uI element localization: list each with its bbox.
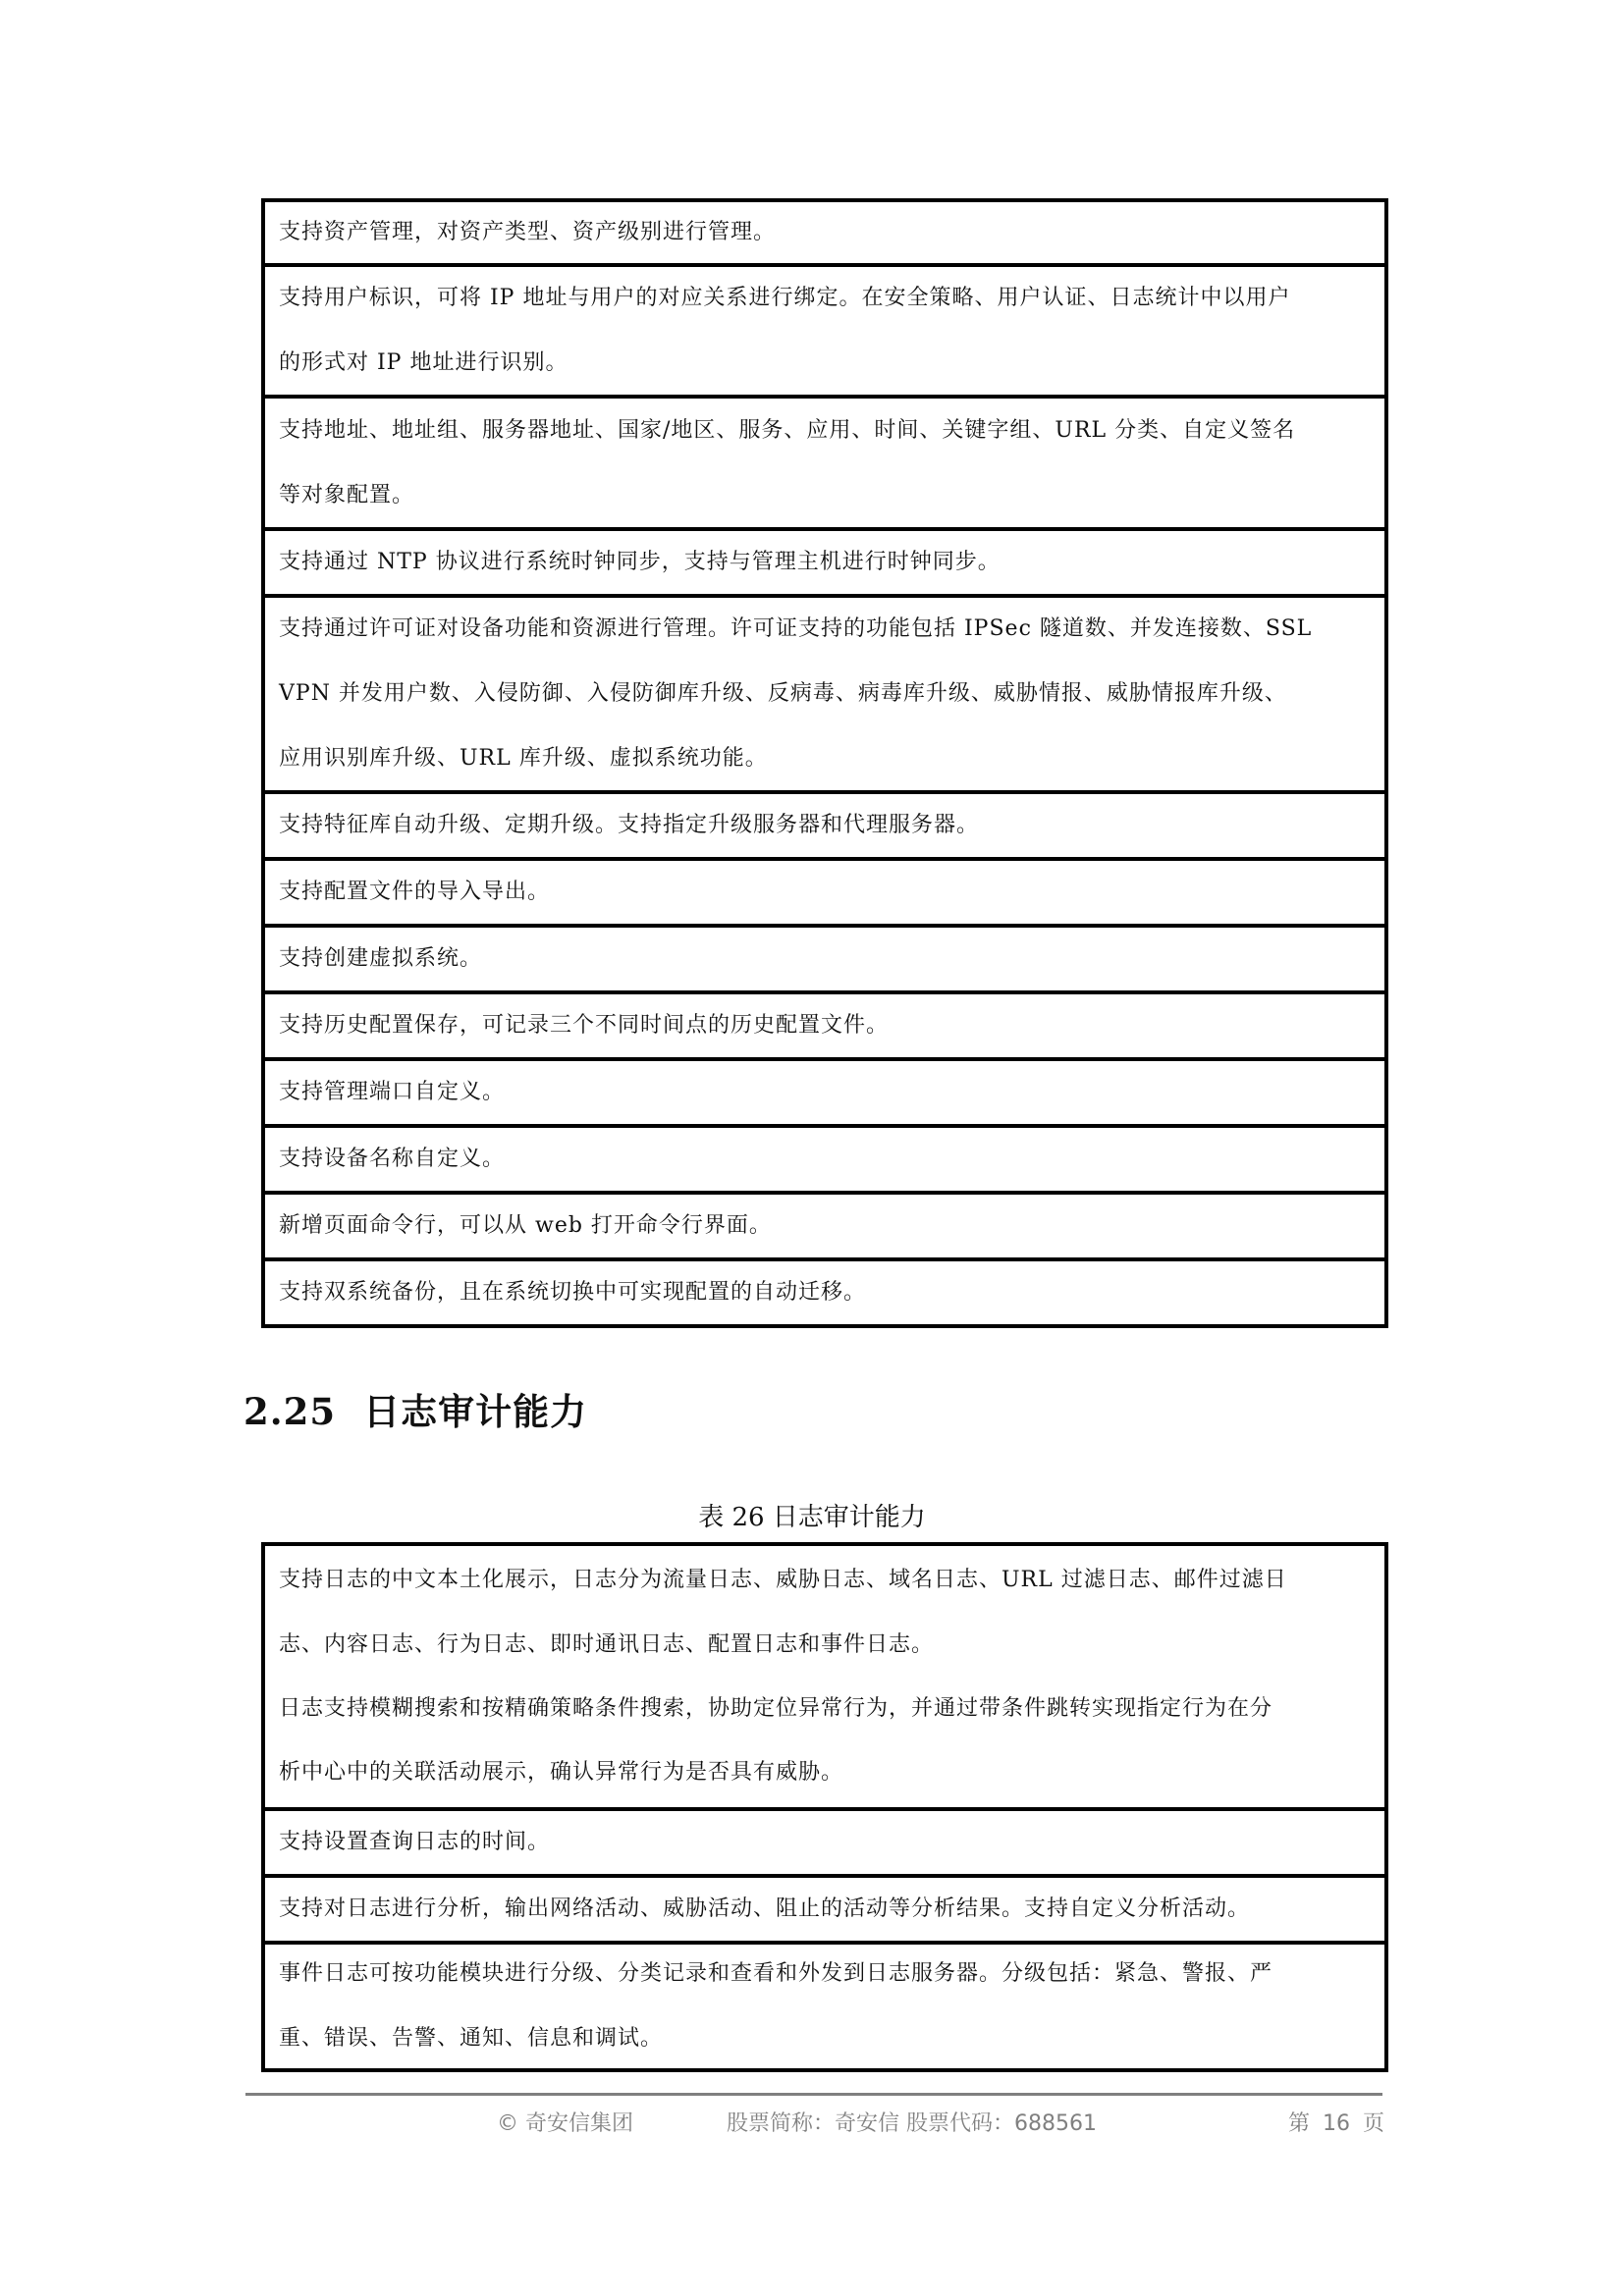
table-cell-text: 析中心中的关联活动展示，确认异常行为是否具有威胁。: [279, 1740, 1367, 1805]
table-row: 支持设备名称自定义。: [265, 1128, 1384, 1195]
table-row: 支持通过 NTP 协议进行系统时钟同步，支持与管理主机进行时钟同步。: [265, 531, 1384, 598]
table-cell-text: 支持特征库自动升级、定期升级。支持指定升级服务器和代理服务器。: [279, 793, 1367, 858]
table-cell-text: 支持通过 NTP 协议进行系统时钟同步，支持与管理主机进行时钟同步。: [279, 530, 1367, 595]
footer-copyright: © 奇安信集团: [497, 2107, 633, 2137]
table-cell-text: 支持设置查询日志的时间。: [279, 1810, 1367, 1875]
footer-stock-info: 股票简称：奇安信 股票代码：688561: [727, 2107, 1097, 2137]
table-row: 支持地址、地址组、服务器地址、国家/地区、服务、应用、时间、关键字组、URL 分…: [265, 399, 1384, 531]
table-row: 支持对日志进行分析，输出网络活动、威胁活动、阻止的活动等分析结果。支持自定义分析…: [265, 1878, 1384, 1945]
table-cell-text: 支持历史配置保存，可记录三个不同时间点的历史配置文件。: [279, 993, 1367, 1058]
table-row: 支持资产管理，对资产类型、资产级别进行管理。: [265, 202, 1384, 267]
section-heading: 2.25日志审计能力: [244, 1382, 587, 1435]
table-cell-text: 支持管理端口自定义。: [279, 1060, 1367, 1125]
table-cell-text: 支持日志的中文本土化展示，日志分为流量日志、威胁日志、域名日志、URL 过滤日志…: [279, 1548, 1367, 1613]
section-number: 2.25: [244, 1390, 336, 1433]
table-row: 支持双系统备份，且在系统切换中可实现配置的自动迁移。: [265, 1261, 1384, 1328]
table-cell-text: 支持用户标识，可将 IP 地址与用户的对应关系进行绑定。在安全策略、用户认证、日…: [279, 266, 1367, 331]
table-cell-text: 支持双系统备份，且在系统切换中可实现配置的自动迁移。: [279, 1260, 1367, 1325]
table-cell-text: 志、内容日志、行为日志、即时通讯日志、配置日志和事件日志。: [279, 1613, 1367, 1678]
table-row: 支持管理端口自定义。: [265, 1061, 1384, 1128]
table-row: 支持历史配置保存，可记录三个不同时间点的历史配置文件。: [265, 994, 1384, 1061]
table-cell-text: 支持对日志进行分析，输出网络活动、威胁活动、阻止的活动等分析结果。支持自定义分析…: [279, 1877, 1367, 1942]
table-cell-text: 应用识别库升级、URL 库升级、虚拟系统功能。: [279, 726, 1367, 791]
table-row: 支持用户标识，可将 IP 地址与用户的对应关系进行绑定。在安全策略、用户认证、日…: [265, 267, 1384, 399]
table-cell-text: 的形式对 IP 地址进行识别。: [279, 331, 1367, 396]
table-cell-text: 支持创建虚拟系统。: [279, 927, 1367, 991]
table-cell-text: 支持资产管理，对资产类型、资产级别进行管理。: [279, 200, 1367, 265]
footer-page-number: 第 16 页: [1288, 2107, 1384, 2137]
table-row: 支持日志的中文本土化展示，日志分为流量日志、威胁日志、域名日志、URL 过滤日志…: [265, 1546, 1384, 1811]
section-title: 日志审计能力: [363, 1390, 587, 1433]
table-cell-text: 支持配置文件的导入导出。: [279, 860, 1367, 925]
table-cell-text: 支持通过许可证对设备功能和资源进行管理。许可证支持的功能包括 IPSec 隧道数…: [279, 597, 1367, 662]
footer-divider: [245, 2093, 1382, 2096]
table-row: 支持创建虚拟系统。: [265, 928, 1384, 994]
table-cell-text: 支持设备名称自定义。: [279, 1127, 1367, 1192]
table-row: 事件日志可按功能模块进行分级、分类记录和查看和外发到日志服务器。分级包括：紧急、…: [265, 1945, 1384, 2072]
table-row: 支持设置查询日志的时间。: [265, 1811, 1384, 1878]
table-cell-text: 日志支持模糊搜索和按精确策略条件搜索，协助定位异常行为，并通过带条件跳转实现指定…: [279, 1678, 1367, 1740]
table-row: 新增页面命令行，可以从 web 打开命令行界面。: [265, 1195, 1384, 1261]
table-cell-text: 新增页面命令行，可以从 web 打开命令行界面。: [279, 1194, 1367, 1258]
table-cell-text: 等对象配置。: [279, 463, 1367, 528]
log-audit-table: 支持日志的中文本土化展示，日志分为流量日志、威胁日志、域名日志、URL 过滤日志…: [261, 1542, 1388, 2072]
table-cell-text: VPN 并发用户数、入侵防御、入侵防御库升级、反病毒、病毒库升级、威胁情报、威胁…: [279, 662, 1367, 726]
table-cell-text: 事件日志可按功能模块进行分级、分类记录和查看和外发到日志服务器。分级包括：紧急、…: [279, 1942, 1367, 2006]
table-row: 支持通过许可证对设备功能和资源进行管理。许可证支持的功能包括 IPSec 隧道数…: [265, 598, 1384, 794]
table-cell-text: 重、错误、告警、通知、信息和调试。: [279, 2006, 1367, 2071]
table-caption: 表 26 日志审计能力: [0, 1497, 1624, 1533]
table-row: 支持特征库自动升级、定期升级。支持指定升级服务器和代理服务器。: [265, 794, 1384, 861]
table-row: 支持配置文件的导入导出。: [265, 861, 1384, 928]
table-cell-text: 支持地址、地址组、服务器地址、国家/地区、服务、应用、时间、关键字组、URL 分…: [279, 399, 1367, 463]
features-table-continued: 支持资产管理，对资产类型、资产级别进行管理。 支持用户标识，可将 IP 地址与用…: [261, 198, 1388, 1328]
